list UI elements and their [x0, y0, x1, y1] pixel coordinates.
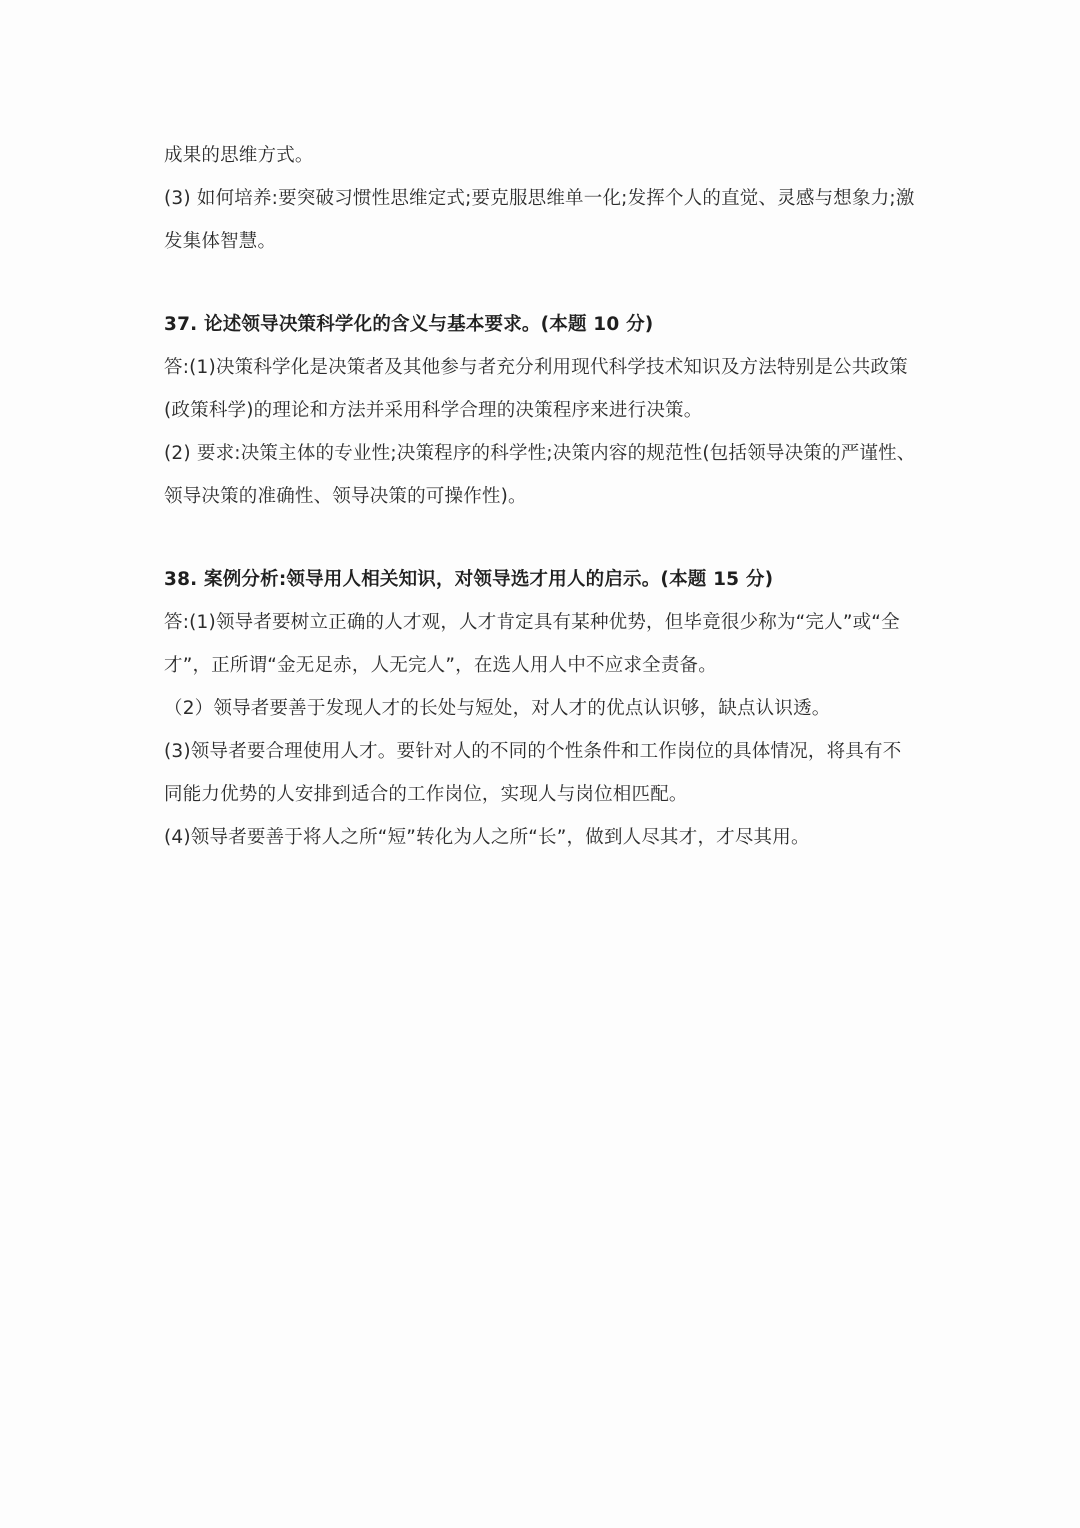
section-spacer [164, 518, 924, 558]
continued-answer: 成果的思维方式。 (3) 如何培养:要突破习惯性思维定式;要克服思维单一化;发挥… [164, 134, 924, 263]
answer-paragraph: （2）领导者要善于发现人才的长处与短处，对人才的优点认识够，缺点认识透。 [164, 687, 924, 730]
text-line: 同能力优势的人安排到适合的工作岗位，实现人与岗位相匹配。 [164, 773, 924, 816]
question-37: 37. 论述领导决策科学化的含义与基本要求。(本题 10 分) 答:(1)决策科… [164, 303, 924, 518]
answer-paragraph: 答:(1)领导者要树立正确的人才观，人才肯定具有某种优势，但毕竟很少称为“完人”… [164, 601, 924, 687]
text-line: 领导决策的准确性、领导决策的可操作性)。 [164, 475, 924, 518]
text-line: (3)领导者要合理使用人才。要针对人的不同的个性条件和工作岗位的具体情况，将具有… [164, 730, 924, 773]
text-line: 成果的思维方式。 [164, 134, 924, 177]
text-line: （2）领导者要善于发现人才的长处与短处，对人才的优点认识够，缺点认识透。 [164, 687, 924, 730]
question-heading: 38. 案例分析:领导用人相关知识，对领导选才用人的启示。(本题 15 分) [164, 558, 924, 601]
section-spacer [164, 263, 924, 303]
text-line: 才”，正所谓“金无足赤，人无完人”，在选人用人中不应求全责备。 [164, 644, 924, 687]
answer-paragraph: (3)领导者要合理使用人才。要针对人的不同的个性条件和工作岗位的具体情况，将具有… [164, 730, 924, 816]
answer-paragraph: 答:(1)决策科学化是决策者及其他参与者充分利用现代科学技术知识及方法特别是公共… [164, 346, 924, 432]
text-line: (政策科学)的理论和方法并采用科学合理的决策程序来进行决策。 [164, 389, 924, 432]
answer-paragraph: (2) 要求:决策主体的专业性;决策程序的科学性;决策内容的规范性(包括领导决策… [164, 432, 924, 518]
document-page: 成果的思维方式。 (3) 如何培养:要突破习惯性思维定式;要克服思维单一化;发挥… [164, 134, 924, 859]
text-line: (3) 如何培养:要突破习惯性思维定式;要克服思维单一化;发挥个人的直觉、灵感与… [164, 177, 924, 220]
question-38: 38. 案例分析:领导用人相关知识，对领导选才用人的启示。(本题 15 分) 答… [164, 558, 924, 859]
text-line: (2) 要求:决策主体的专业性;决策程序的科学性;决策内容的规范性(包括领导决策… [164, 432, 924, 475]
text-line: 答:(1)决策科学化是决策者及其他参与者充分利用现代科学技术知识及方法特别是公共… [164, 346, 924, 389]
text-line: 答:(1)领导者要树立正确的人才观，人才肯定具有某种优势，但毕竟很少称为“完人”… [164, 601, 924, 644]
text-line: 发集体智慧。 [164, 220, 924, 263]
question-heading: 37. 论述领导决策科学化的含义与基本要求。(本题 10 分) [164, 303, 924, 346]
answer-paragraph: (4)领导者要善于将人之所“短”转化为人之所“长”，做到人尽其才，才尽其用。 [164, 816, 924, 859]
text-line: (4)领导者要善于将人之所“短”转化为人之所“长”，做到人尽其才，才尽其用。 [164, 816, 924, 859]
